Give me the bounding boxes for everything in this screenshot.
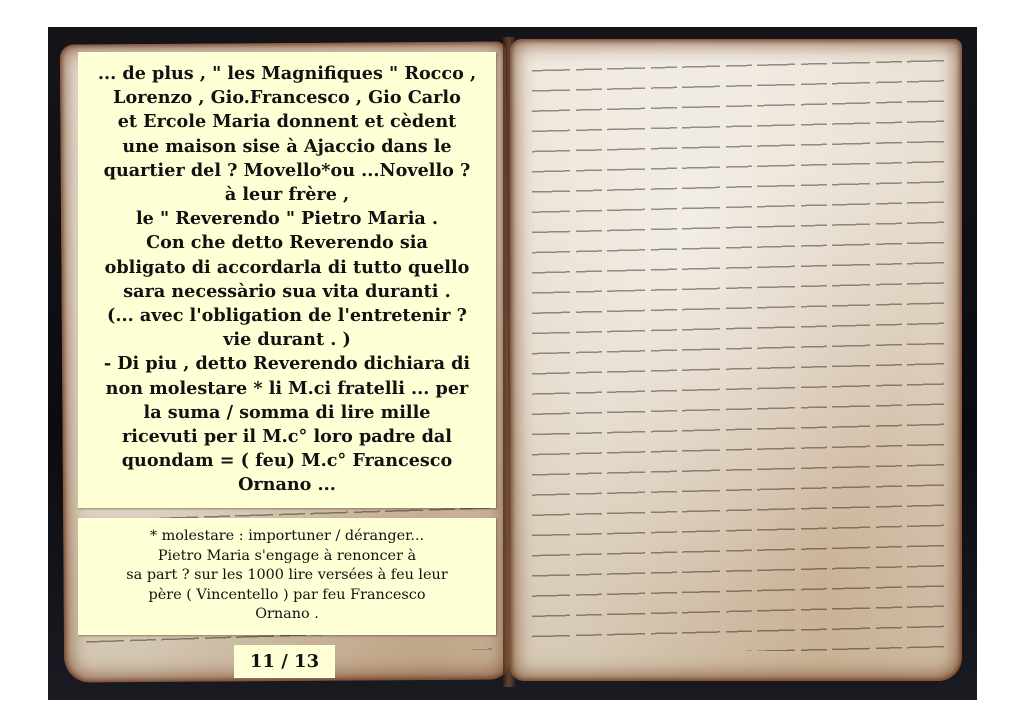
footnote-caption-box: * molestare : importuner / déranger... P…: [78, 518, 496, 635]
caption-line: sara necessàrio sua vita duranti .: [78, 280, 496, 304]
caption-line: ricevuti per il M.c° loro padre dal: [78, 425, 496, 449]
caption-line: la suma / somma di lire mille: [78, 401, 496, 425]
slide: ... de plus , " les Magnifiques " Rocco …: [0, 0, 1024, 726]
caption-line: quondam = ( feu) M.c° Francesco: [78, 449, 496, 473]
footnote-line: sa part ? sur les 1000 lire versées à fe…: [78, 566, 496, 586]
footnote-line: * molestare : importuner / déranger...: [78, 527, 496, 547]
caption-line: à leur frère ,: [78, 183, 496, 207]
caption-line: non molestare * li M.ci fratelli ... per: [78, 377, 496, 401]
caption-line: Con che detto Reverendo sia: [78, 231, 496, 255]
handwriting-texture: [532, 59, 944, 651]
main-caption-box: ... de plus , " les Magnifiques " Rocco …: [78, 52, 496, 508]
page-counter: 11 / 13: [234, 645, 335, 678]
caption-line: (... avec l'obligation de l'entretenir ?: [78, 304, 496, 328]
footnote-line: père ( Vincentello ) par feu Francesco: [78, 586, 496, 606]
caption-line: vie durant . ): [78, 328, 496, 352]
footnote-line: Pietro Maria s'engage à renoncer à: [78, 547, 496, 567]
caption-line: et Ercole Maria donnent et cèdent: [78, 110, 496, 134]
caption-line: Ornano ...: [78, 473, 496, 497]
manuscript-right-page: [510, 39, 962, 681]
caption-line: le " Reverendo " Pietro Maria .: [78, 207, 496, 231]
caption-line: Lorenzo , Gio.Francesco , Gio Carlo: [78, 86, 496, 110]
caption-line: une maison sise à Ajaccio dans le: [78, 135, 496, 159]
caption-line: ... de plus , " les Magnifiques " Rocco …: [78, 62, 496, 86]
caption-line: - Di piu , detto Reverendo dichiara di: [78, 352, 496, 376]
caption-line: quartier del ? Movello*ou ...Novello ?: [78, 159, 496, 183]
caption-line: obligato di accordarla di tutto quello: [78, 256, 496, 280]
footnote-line: Ornano .: [78, 605, 496, 625]
